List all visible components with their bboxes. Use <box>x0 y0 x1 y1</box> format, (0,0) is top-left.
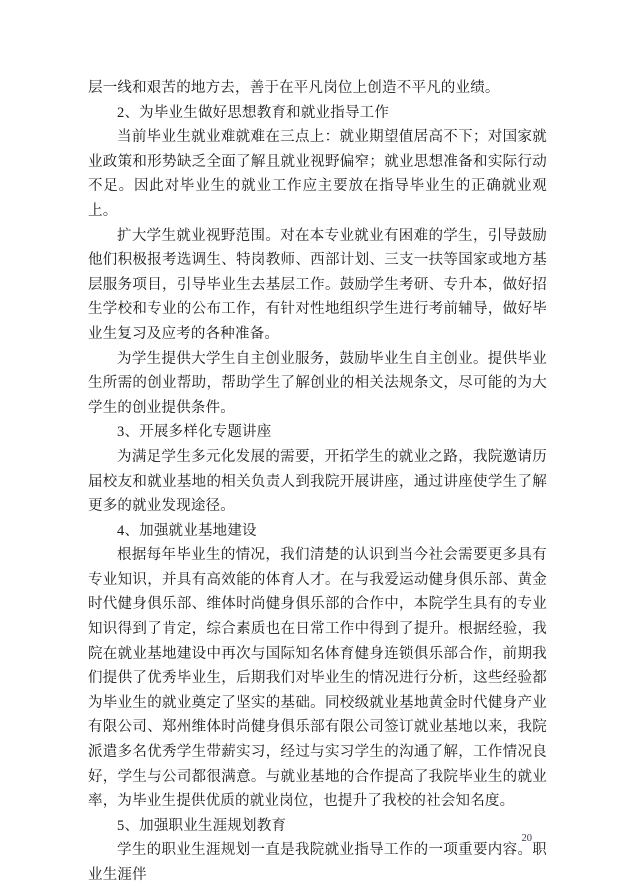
paragraph: 层一线和艰苦的地方去，善于在平凡岗位上创造不平凡的业绩。 <box>88 76 547 101</box>
section-heading: 2、为毕业生做好思想教育和就业指导工作 <box>88 101 547 126</box>
page-number: 20 <box>522 833 533 844</box>
paragraph: 为学生提供大学生自主创业服务，鼓励毕业生自主创业。提供毕业生所需的创业帮助，帮助… <box>88 347 547 421</box>
section-heading: 4、加强就业基地建设 <box>88 519 547 544</box>
document-page: 层一线和艰苦的地方去，善于在平凡岗位上创造不平凡的业绩。2、为毕业生做好思想教育… <box>0 0 631 894</box>
section-heading: 5、加强职业生涯规划教育 <box>88 814 547 839</box>
paragraph: 学生的职业生涯规划一直是我院就业指导工作的一项重要内容。职业生涯伴 <box>88 838 547 887</box>
paragraph: 扩大学生就业视野范围。对在本专业就业有困难的学生，引导鼓励他们积极报考选调生、特… <box>88 224 547 347</box>
paragraph: 当前毕业生就业难就难在三点上：就业期望值居高不下；对国家就业政策和形势缺乏全面了… <box>88 125 547 223</box>
paragraph: 为满足学生多元化发展的需要，开拓学生的就业之路，我院邀请历届校友和就业基地的相关… <box>88 445 547 519</box>
section-heading: 3、开展多样化专题讲座 <box>88 420 547 445</box>
paragraph: 根据每年毕业生的情况，我们清楚的认识到当今社会需要更多具有专业知识，并具有高效能… <box>88 543 547 814</box>
document-body: 层一线和艰苦的地方去，善于在平凡岗位上创造不平凡的业绩。2、为毕业生做好思想教育… <box>88 76 547 888</box>
